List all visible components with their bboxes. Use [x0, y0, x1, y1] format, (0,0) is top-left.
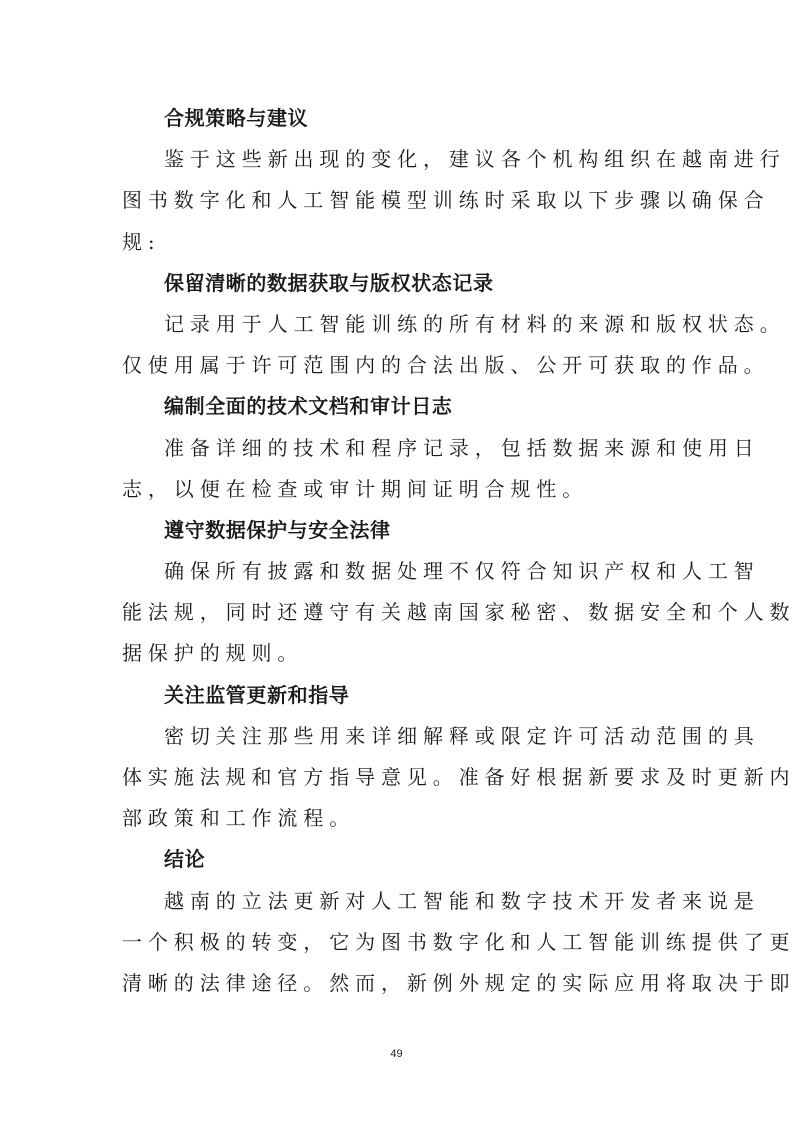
paragraph-line: 部政策和工作流程。: [122, 798, 674, 839]
document-body: 合规策略与建议 鉴于这些新出现的变化，建议各个机构组织在越南进行 图书数字化和人…: [122, 98, 674, 1004]
paragraph-line: 确保所有披露和数据处理不仅符合知识产权和人工智: [122, 551, 674, 592]
paragraph-line: 准备详细的技术和程序记录，包括数据来源和使用日: [122, 428, 674, 469]
section-heading: 结论: [122, 839, 674, 880]
paragraph-line: 规:: [122, 222, 674, 263]
section-heading: 关注监管更新和指导: [122, 675, 674, 716]
section-heading: 编制全面的技术文档和审计日志: [122, 386, 674, 427]
paragraph-line: 清晰的法律途径。然而，新例外规定的实际应用将取决于即: [122, 963, 674, 1004]
paragraph-line: 图书数字化和人工智能模型训练时采取以下步骤以确保合: [122, 180, 674, 221]
paragraph-line: 志，以便在检查或审计期间证明合规性。: [122, 469, 674, 510]
paragraph-line: 体实施法规和官方指导意见。准备好根据新要求及时更新内: [122, 757, 674, 798]
section-heading: 合规策略与建议: [122, 98, 674, 139]
paragraph-line: 鉴于这些新出现的变化，建议各个机构组织在越南进行: [122, 139, 674, 180]
section-heading: 遵守数据保护与安全法律: [122, 510, 674, 551]
page-number: 49: [0, 1048, 793, 1060]
paragraph-line: 仅使用属于许可范围内的合法出版、公开可获取的作品。: [122, 345, 674, 386]
paragraph-line: 记录用于人工智能训练的所有材料的来源和版权状态。: [122, 304, 674, 345]
paragraph-line: 一个积极的转变，它为图书数字化和人工智能训练提供了更: [122, 922, 674, 963]
paragraph-line: 据保护的规则。: [122, 633, 674, 674]
paragraph-line: 越南的立法更新对人工智能和数字技术开发者来说是: [122, 881, 674, 922]
section-heading: 保留清晰的数据获取与版权状态记录: [122, 263, 674, 304]
paragraph-line: 密切关注那些用来详细解释或限定许可活动范围的具: [122, 716, 674, 757]
paragraph-line: 能法规，同时还遵守有关越南国家秘密、数据安全和个人数: [122, 592, 674, 633]
